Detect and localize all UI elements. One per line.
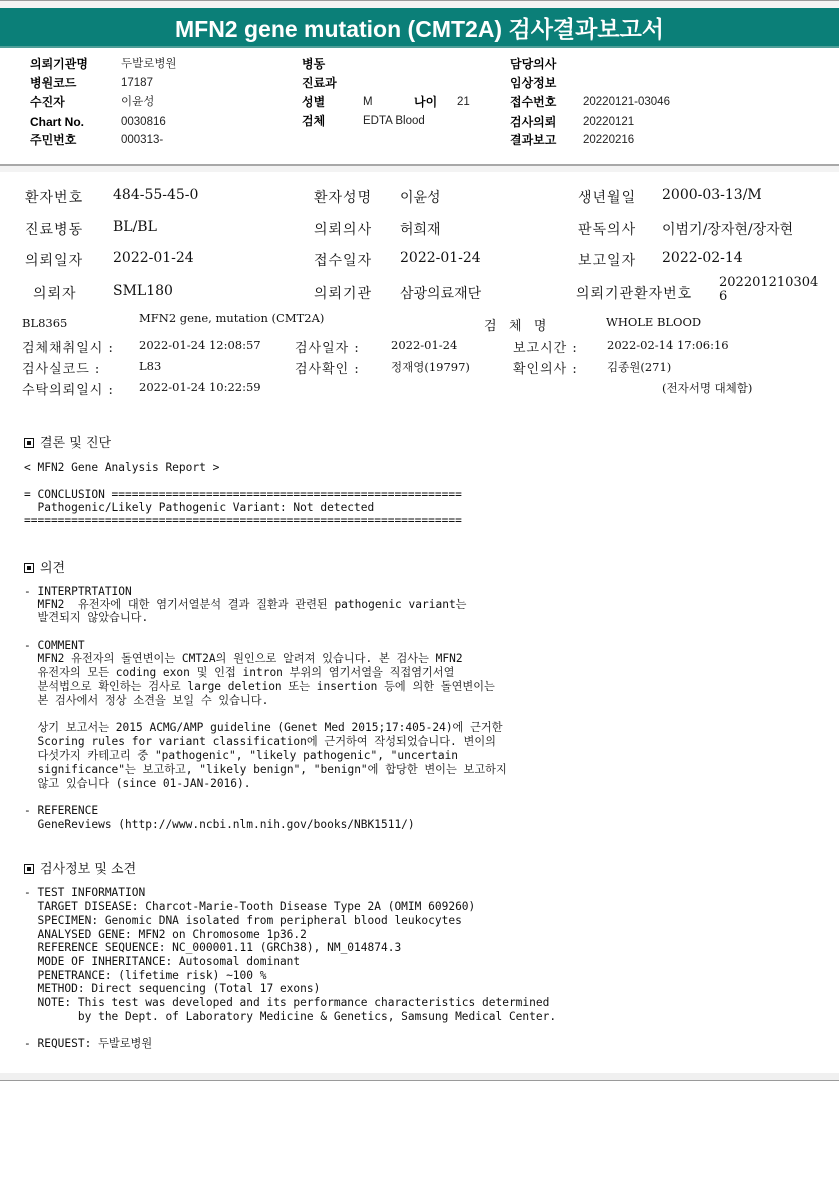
testinfo-line: REFERENCE SEQUENCE: NC_000001.11 (GRCh38… bbox=[24, 942, 401, 955]
guideline-line: 않고 있습니다 (since 01-JAN-2016). bbox=[24, 778, 251, 791]
header-value: 이윤성 bbox=[121, 96, 154, 109]
testinfo-line: by the Dept. of Laboratory Medicine & Ge… bbox=[24, 1011, 556, 1024]
test-date-label: 검사일자 : bbox=[295, 337, 360, 356]
patient-value: 484-55-45-0 bbox=[113, 187, 198, 203]
reference-link: GeneReviews (http://www.ncbi.nlm.nih.gov… bbox=[24, 819, 415, 832]
signature-note: (전자서명 대체함) bbox=[662, 380, 752, 396]
guideline-line: significance"는 보고하고, "likely benign", "b… bbox=[24, 764, 507, 777]
interpretation-line: - INTERPTRTATION bbox=[24, 586, 132, 599]
patient-value: 이범기/장자현/장자현 bbox=[662, 219, 793, 239]
header-value: 17187 bbox=[121, 77, 153, 90]
section-testinfo-title: 검사정보 및 소견 bbox=[24, 858, 136, 877]
patient-label: 환자번호 bbox=[25, 187, 83, 207]
square-bullet-icon bbox=[24, 563, 34, 573]
header-label: 수진자 bbox=[30, 96, 65, 109]
testinfo-line: MODE OF INHERITANCE: Autosomal dominant bbox=[24, 956, 300, 969]
verified-label: 검사확인 : bbox=[295, 358, 360, 377]
testinfo-line: ANALYSED GENE: MFN2 on Chromosome 1p36.2 bbox=[24, 929, 307, 942]
section-title-text: 검사정보 및 소견 bbox=[40, 862, 136, 877]
guideline-line: 상기 보고서는 2015 ACMG/AMP guideline (Genet M… bbox=[24, 722, 503, 735]
patient-value-wrap: 6 bbox=[719, 290, 727, 303]
header-label: 담당의사 bbox=[510, 58, 556, 71]
header-value: 21 bbox=[457, 96, 470, 109]
guideline-line: 다섯가지 카테고리 중 "pathogenic", "likely pathog… bbox=[24, 750, 458, 763]
patient-value: 2022-01-24 bbox=[400, 250, 481, 266]
patient-value: 삼광의료재단 bbox=[400, 283, 481, 303]
patient-value: SML180 bbox=[113, 283, 173, 299]
comment-line: 분석법으로 확인하는 검사로 large deletion 또는 inserti… bbox=[24, 681, 495, 694]
interpretation-line: MFN2 유전자에 대한 염기서열분석 결과 질환과 관련된 pathogeni… bbox=[24, 599, 467, 612]
confirm-doctor-label: 확인의사 : bbox=[513, 358, 578, 377]
footer-divider-shade bbox=[0, 1073, 839, 1080]
header-value: 두발로병원 bbox=[121, 58, 177, 71]
header-label: 진료과 bbox=[302, 77, 337, 90]
square-bullet-icon bbox=[24, 864, 34, 874]
section-title-text: 결론 및 진단 bbox=[40, 436, 111, 451]
header-value: 0030816 bbox=[121, 116, 166, 129]
conclusion-line: = CONCLUSION ===========================… bbox=[24, 489, 462, 502]
patient-value: 202201210304 bbox=[719, 276, 818, 289]
testinfo-line: TARGET DISEASE: Charcot-Marie-Tooth Dise… bbox=[24, 901, 475, 914]
footer-divider bbox=[0, 1080, 839, 1081]
conclusion-line: ========================================… bbox=[24, 515, 462, 528]
interpretation-line: 발견되지 않았습니다. bbox=[24, 612, 148, 625]
test-code: BL8365 bbox=[22, 316, 67, 330]
section-conclusion-title: 결론 및 진단 bbox=[24, 432, 111, 451]
testinfo-line: PENETRANCE: (lifetime risk) ~100 % bbox=[24, 970, 266, 983]
header-value: 20220121-03046 bbox=[583, 96, 670, 109]
confirm-doctor-value: 김종원(271) bbox=[607, 359, 671, 375]
header-label: 결과보고 bbox=[510, 134, 556, 147]
test-date-value: 2022-01-24 bbox=[391, 338, 457, 352]
testinfo-line: SPECIMEN: Genomic DNA isolated from peri… bbox=[24, 915, 462, 928]
patient-value: 2000-03-13/M bbox=[662, 187, 762, 203]
patient-value: 허희재 bbox=[400, 219, 441, 239]
patient-label: 의뢰기관 bbox=[314, 283, 372, 303]
verified-value: 정재영(19797) bbox=[391, 359, 470, 375]
conclusion-result: Pathogenic/Likely Pathogenic Variant: No… bbox=[24, 502, 374, 515]
header-value: 000313- bbox=[121, 134, 163, 147]
testinfo-line: - TEST INFORMATION bbox=[24, 887, 145, 900]
header-label: 병원코드 bbox=[30, 77, 76, 90]
header-label: 나이 bbox=[414, 96, 437, 109]
patient-label: 보고일자 bbox=[578, 250, 636, 270]
testinfo-line: METHOD: Direct sequencing (Total 17 exon… bbox=[24, 983, 320, 996]
square-bullet-icon bbox=[24, 438, 34, 448]
guideline-line: Scoring rules for variant classification… bbox=[24, 736, 496, 749]
patient-label: 진료병동 bbox=[25, 219, 83, 239]
request-line: - REQUEST: 두발로병원 bbox=[24, 1038, 152, 1051]
comment-line: - COMMENT bbox=[24, 640, 85, 653]
report-time-label: 보고시간 : bbox=[513, 337, 578, 356]
patient-label: 생년월일 bbox=[578, 187, 636, 207]
comment-line: MFN2 유전자의 돌연변이는 CMT2A의 원인으로 알려져 있습니다. 본 … bbox=[24, 653, 463, 666]
outsourced-label: 수탁의뢰일시 : bbox=[22, 379, 114, 398]
patient-value: 2022-01-24 bbox=[113, 250, 194, 266]
lab-code-value: L83 bbox=[139, 359, 161, 373]
test-name: MFN2 gene, mutation (CMT2A) bbox=[139, 311, 324, 325]
header-label: Chart No. bbox=[30, 116, 84, 129]
testinfo-line: NOTE: This test was developed and its pe… bbox=[24, 997, 549, 1010]
patient-label: 의뢰의사 bbox=[314, 219, 372, 239]
comment-line: 본 검사에서 정상 소견을 보일 수 있습니다. bbox=[24, 695, 268, 708]
patient-label: 판독의사 bbox=[578, 219, 636, 239]
outsourced-value: 2022-01-24 10:22:59 bbox=[139, 380, 261, 394]
reference-line: - REFERENCE bbox=[24, 805, 98, 818]
header-value: 20220121 bbox=[583, 116, 634, 129]
specimen-label: 검 체 명 bbox=[484, 315, 546, 334]
patient-label: 의뢰일자 bbox=[25, 250, 83, 270]
header-value: M bbox=[363, 96, 373, 109]
specimen-value: WHOLE BLOOD bbox=[606, 315, 701, 329]
patient-label: 의뢰자 bbox=[33, 283, 77, 303]
header-label: 접수번호 bbox=[510, 96, 556, 109]
report-time-value: 2022-02-14 17:06:16 bbox=[607, 338, 729, 352]
patient-value: 이윤성 bbox=[400, 187, 441, 207]
header-value: 20220216 bbox=[583, 134, 634, 147]
patient-label: 의뢰기관환자번호 bbox=[576, 283, 692, 303]
patient-value: 2022-02-14 bbox=[662, 250, 743, 266]
header-label: 검사의뢰 bbox=[510, 116, 556, 129]
header-label: 주민번호 bbox=[30, 134, 76, 147]
patient-label: 환자성명 bbox=[314, 187, 372, 207]
header-info: 의뢰기관명 두발로병원 병원코드 17187 수진자 이윤성 Chart No.… bbox=[0, 0, 839, 160]
patient-value: BL/BL bbox=[113, 219, 157, 235]
lab-code-label: 검사실코드 : bbox=[22, 358, 100, 377]
header-label: 임상정보 bbox=[510, 77, 556, 90]
header-label: 병동 bbox=[302, 58, 325, 71]
header-value: EDTA Blood bbox=[363, 115, 425, 128]
header-label: 의뢰기관명 bbox=[30, 58, 88, 71]
section-title-text: 의견 bbox=[40, 561, 65, 576]
patient-label: 접수일자 bbox=[314, 250, 372, 270]
header-label: 성별 bbox=[302, 96, 325, 109]
section-divider-shade bbox=[0, 166, 839, 172]
header-label: 검체 bbox=[302, 115, 325, 128]
comment-line: 유전자의 모든 coding exon 및 인접 intron 부위의 염기서열… bbox=[24, 667, 454, 680]
section-opinion-title: 의견 bbox=[24, 557, 65, 576]
collected-label: 검체채취일시 : bbox=[22, 337, 114, 356]
report-heading: < MFN2 Gene Analysis Report > bbox=[24, 462, 219, 475]
collected-value: 2022-01-24 12:08:57 bbox=[139, 338, 261, 352]
